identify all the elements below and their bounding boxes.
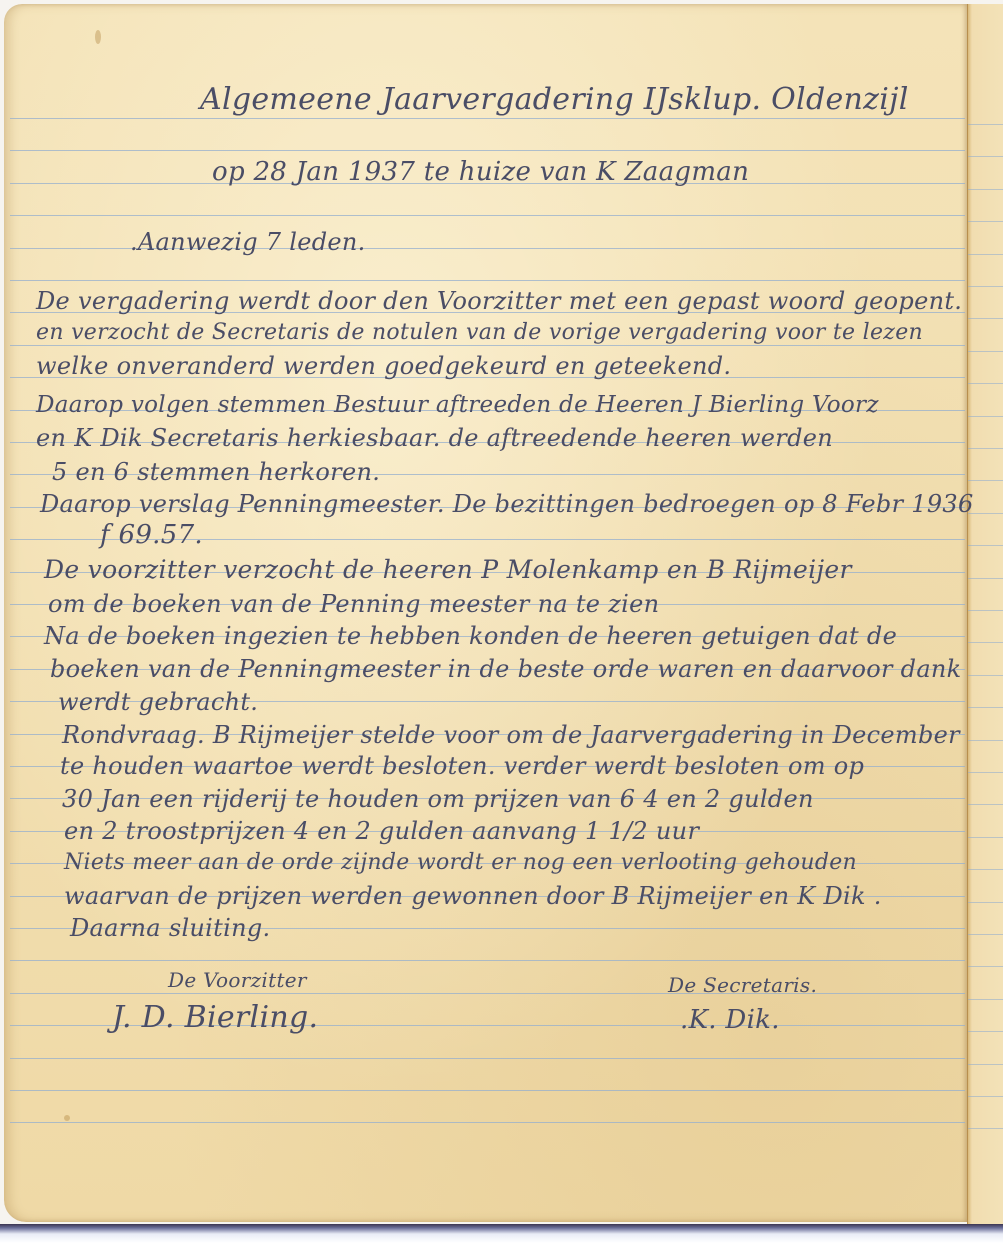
minutes-line: De vergadering werdt door den Voorzitter…: [36, 287, 962, 315]
secretary-label: De Secretaris.: [668, 973, 817, 997]
ruled-line: [10, 215, 965, 216]
ruled-line: [968, 318, 1003, 319]
ruled-line: [968, 610, 1003, 611]
attendance-line: .Aanwezig 7 leden.: [130, 228, 366, 256]
minutes-title-line-1: Algemeene Jaarvergadering IJsklup. Olden…: [200, 82, 909, 117]
facing-page-edge: [967, 4, 1003, 1226]
minutes-line: Rondvraag. B Rijmeijer stelde voor om de…: [62, 721, 960, 749]
minutes-line: welke onveranderd werden goedgekeurd en …: [36, 352, 731, 380]
ruled-line: [968, 934, 1003, 935]
ruled-line: [10, 1058, 965, 1059]
ruled-line: [968, 189, 1003, 190]
ruled-line: [10, 280, 965, 281]
ruled-line: [10, 960, 965, 961]
ruled-line: [968, 254, 1003, 255]
ruled-line: [968, 221, 1003, 222]
ruled-line: [10, 993, 965, 994]
ruled-line: [10, 150, 965, 151]
scanner-bottom-edge: [0, 1224, 1003, 1243]
chairman-label: De Voorzitter: [168, 968, 307, 992]
ruled-line: [968, 1031, 1003, 1032]
ruled-line: [968, 124, 1003, 125]
chairman-signature: J. D. Bierling.: [112, 1000, 318, 1035]
minutes-line: en 2 troostprijzen 4 en 2 gulden aanvang…: [64, 817, 699, 845]
minutes-line: boeken van de Penningmeester in de beste…: [50, 655, 962, 683]
ruled-line: [968, 999, 1003, 1000]
ruled-line: [968, 1128, 1003, 1129]
minutes-line: waarvan de prijzen werden gewonnen door …: [64, 882, 882, 910]
ruled-line: [968, 869, 1003, 870]
minutes-line: om de boeken van de Penning meester na t…: [48, 590, 659, 618]
minutes-line: en verzocht de Secretaris de notulen van…: [36, 320, 923, 345]
minutes-line: Daarop volgen stemmen Bestuur aftreeden …: [36, 392, 879, 418]
ruled-line: [968, 545, 1003, 546]
ruled-line: [10, 1122, 965, 1123]
ruled-line: [968, 578, 1003, 579]
ruled-line: [968, 902, 1003, 903]
minutes-line: Daarop verslag Penningmeester. De bezitt…: [40, 490, 974, 518]
minutes-line: Daarna sluiting.: [70, 914, 270, 942]
ruled-line: [968, 448, 1003, 449]
ruled-line: [968, 1096, 1003, 1097]
minutes-line: werdt gebracht.: [58, 688, 258, 716]
minutes-line: De voorzitter verzocht de heeren P Molen…: [44, 555, 852, 584]
ruled-line: [10, 345, 965, 346]
ruled-line: [968, 707, 1003, 708]
ruled-line: [968, 156, 1003, 157]
paper-stain: [64, 1115, 70, 1121]
ruled-line: [968, 675, 1003, 676]
secretary-signature: .K. Dik.: [680, 1005, 780, 1035]
ruled-line: [968, 480, 1003, 481]
ruled-line: [968, 416, 1003, 417]
ruled-line: [968, 772, 1003, 773]
ruled-line: [968, 351, 1003, 352]
minutes-line: 5 en 6 stemmen herkoren.: [52, 458, 380, 486]
ruled-line: [968, 383, 1003, 384]
minutes-line: Niets meer aan de orde zijnde wordt er n…: [64, 850, 857, 875]
minutes-line: f 69.57.: [100, 520, 203, 550]
ruled-line: [968, 740, 1003, 741]
minutes-line: 30 Jan een rijderij te houden om prijzen…: [62, 785, 814, 813]
ruled-line: [968, 804, 1003, 805]
ruled-line: [968, 642, 1003, 643]
paper-stain: [95, 30, 101, 44]
minutes-line: en K Dik Secretaris herkiesbaar. de aftr…: [36, 424, 833, 452]
ruled-line: [10, 1090, 965, 1091]
minutes-line: te houden waartoe werdt besloten. verder…: [60, 752, 864, 780]
minutes-line: Na de boeken ingezien te hebben konden d…: [44, 622, 897, 650]
minutes-title-line-2: op 28 Jan 1937 te huize van K Zaagman: [212, 157, 749, 187]
ruled-line: [968, 1064, 1003, 1065]
ruled-line: [10, 118, 965, 119]
ruled-line: [968, 966, 1003, 967]
ruled-line: [968, 286, 1003, 287]
ruled-line: [968, 837, 1003, 838]
